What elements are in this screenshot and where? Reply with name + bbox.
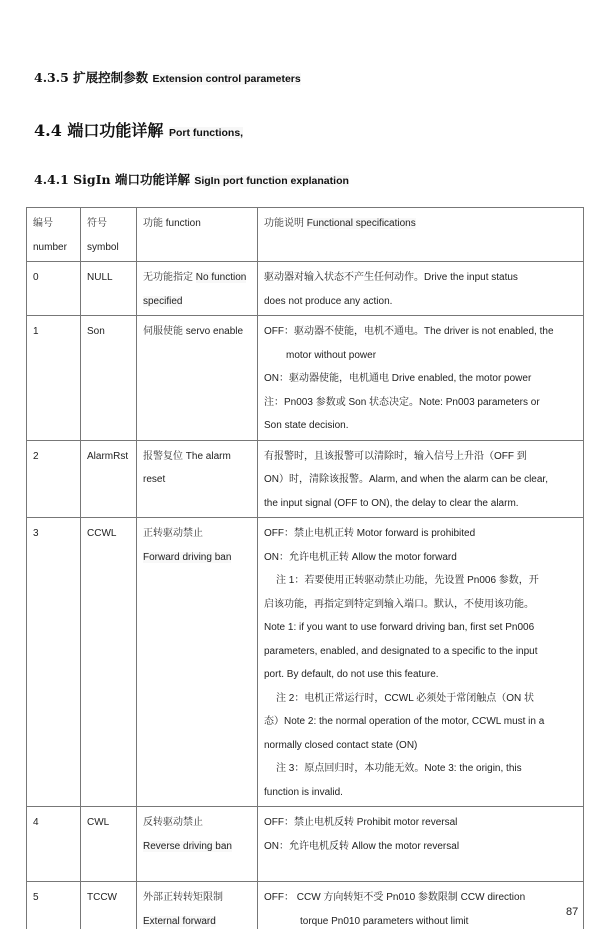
- function-en: Forward driving ban: [143, 552, 231, 563]
- heading-title-en: Port functions,: [169, 127, 243, 139]
- cell-function: 外部正转转矩限制 External forward: [137, 882, 258, 929]
- cell-spec: OFF： CCW 方向转矩不受 Pn010 参数限制 CCW direction…: [258, 882, 584, 929]
- cell-function: 正转驱动禁止 Forward driving ban: [137, 518, 258, 807]
- header-number-cn: 编号: [33, 212, 74, 236]
- header-spec-en: Functional specifications: [307, 218, 416, 229]
- spec-line: ON）时，清除该报警。Alarm, and when the alarm can…: [264, 468, 577, 492]
- header-number-en: number: [33, 236, 74, 260]
- function-cn: 报警复位: [143, 451, 183, 462]
- cell-number: 5: [27, 882, 81, 929]
- spec-line: 态）Note 2: the normal operation of the mo…: [264, 710, 577, 734]
- spec-line: 注 1：若要使用正转驱动禁止功能，先设置 Pn006 参数，开: [264, 569, 577, 593]
- cell-symbol: CWL: [81, 807, 137, 882]
- spec-line: port. By default, do not use this featur…: [264, 663, 577, 687]
- header-symbol-en: symbol: [87, 236, 130, 260]
- table-row: 0 NULL 无功能指定 No function specified 驱动器对输…: [27, 262, 584, 316]
- function-cn: 无功能指定: [143, 272, 193, 283]
- header-spec: 功能说明 Functional specifications: [258, 208, 584, 262]
- cell-spec: 驱动器对输入状态不产生任何动作。Drive the input status d…: [258, 262, 584, 316]
- spec-line: OFF：禁止电机反转 Prohibit motor reversal: [264, 811, 577, 835]
- header-spec-cn: 功能说明: [264, 218, 304, 229]
- page-number: 87: [566, 906, 578, 918]
- cell-function: 无功能指定 No function specified: [137, 262, 258, 316]
- spec-line: 注：Pn003 参数或 Son 状态决定。Note: Pn003 paramet…: [264, 391, 577, 415]
- cell-number: 4: [27, 807, 81, 882]
- heading-4-4: 4.4 端口功能详解 Port functions,: [34, 118, 243, 141]
- table-row: 4 CWL 反转驱动禁止 Reverse driving ban OFF：禁止电…: [27, 807, 584, 882]
- header-number: 编号 number: [27, 208, 81, 262]
- function-cn: 外部正转转矩限制: [143, 886, 251, 910]
- spec-line: motor without power: [264, 344, 577, 368]
- spec-line: OFF： CCW 方向转矩不受 Pn010 参数限制 CCW direction: [264, 886, 577, 910]
- cell-number: 3: [27, 518, 81, 807]
- heading-title-en: SigIn port function explanation: [194, 175, 349, 187]
- heading-title-en: Extension control parameters: [153, 73, 301, 85]
- heading-4-4-1: 4.4.1 SigIn 端口功能详解 SigIn port function e…: [34, 170, 349, 188]
- spec-line: 注 3：原点回归时，本功能无效。Note 3: the origin, this: [264, 757, 577, 781]
- header-function-cn: 功能: [143, 218, 163, 229]
- spec-line: 注 2：电机正常运行时，CCWL 必须处于常闭触点（ON 状: [264, 687, 577, 711]
- heading-title-cn: 4.4 端口功能详解: [34, 121, 163, 140]
- spec-line: parameters, enabled, and designated to a…: [264, 640, 577, 664]
- cell-spec: OFF：禁止电机反转 Prohibit motor reversal ON：允许…: [258, 807, 584, 882]
- spec-line: Note 1: if you want to use forward drivi…: [264, 616, 577, 640]
- header-function: 功能 function: [137, 208, 258, 262]
- spec-line: the input signal (OFF to ON), the delay …: [264, 492, 577, 516]
- spec-line: 启该功能，再指定到特定到输入端口。默认，不使用该功能。: [264, 593, 577, 617]
- cell-function: 报警复位 The alarm reset: [137, 440, 258, 518]
- header-symbol-cn: 符号: [87, 212, 130, 236]
- function-cn: 伺服使能: [143, 326, 183, 337]
- function-en: servo enable: [186, 326, 243, 337]
- function-cn: 反转驱动禁止: [143, 811, 251, 835]
- table-row: 2 AlarmRst 报警复位 The alarm reset 有报警时，且该报…: [27, 440, 584, 518]
- header-symbol: 符号 symbol: [81, 208, 137, 262]
- spec-line: Son state decision.: [264, 414, 577, 438]
- spec-line: OFF：禁止电机正转 Motor forward is prohibited: [264, 522, 577, 546]
- function-en: Reverse driving ban: [143, 841, 232, 852]
- spec-line: does not produce any action.: [264, 290, 577, 314]
- cell-number: 0: [27, 262, 81, 316]
- spec-line: 有报警时，且该报警可以清除时，输入信号上升沿（OFF 到: [264, 445, 577, 469]
- table-header-row: 编号 number 符号 symbol 功能 function 功能说明 Fun…: [27, 208, 584, 262]
- sigin-port-function-table: 编号 number 符号 symbol 功能 function 功能说明 Fun…: [26, 207, 584, 929]
- header-function-en: function: [166, 218, 201, 229]
- spec-line: normally closed contact state (ON): [264, 734, 577, 758]
- heading-title-cn: 4.4.1 SigIn 端口功能详解: [34, 172, 190, 187]
- spec-line: ON：驱动器使能，电机通电 Drive enabled, the motor p…: [264, 367, 577, 391]
- cell-number: 1: [27, 316, 81, 441]
- heading-title-cn: 4.3.5 扩展控制参数: [34, 70, 148, 85]
- cell-function: 伺服使能 servo enable: [137, 316, 258, 441]
- cell-function: 反转驱动禁止 Reverse driving ban: [137, 807, 258, 882]
- cell-symbol: AlarmRst: [81, 440, 137, 518]
- cell-symbol: TCCW: [81, 882, 137, 929]
- spec-line: ON：允许电机反转 Allow the motor reversal: [264, 835, 577, 859]
- cell-symbol: Son: [81, 316, 137, 441]
- spec-line: 驱动器对输入状态不产生任何动作。Drive the input status: [264, 266, 577, 290]
- cell-spec: OFF：驱动器不使能，电机不通电。The driver is not enabl…: [258, 316, 584, 441]
- spec-line: torque Pn010 parameters without limit: [264, 910, 577, 929]
- spec-line: ON：允许电机正转 Allow the motor forward: [264, 546, 577, 570]
- heading-4-3-5: 4.3.5 扩展控制参数 Extension control parameter…: [34, 68, 301, 86]
- spec-line: OFF：驱动器不使能，电机不通电。The driver is not enabl…: [264, 320, 577, 344]
- cell-symbol: CCWL: [81, 518, 137, 807]
- cell-spec: OFF：禁止电机正转 Motor forward is prohibited O…: [258, 518, 584, 807]
- function-en: External forward: [143, 916, 216, 927]
- spec-line: function is invalid.: [264, 781, 577, 805]
- table-row: 5 TCCW 外部正转转矩限制 External forward OFF： CC…: [27, 882, 584, 929]
- function-cn: 正转驱动禁止: [143, 522, 251, 546]
- cell-symbol: NULL: [81, 262, 137, 316]
- table-row: 1 Son 伺服使能 servo enable OFF：驱动器不使能，电机不通电…: [27, 316, 584, 441]
- cell-spec: 有报警时，且该报警可以清除时，输入信号上升沿（OFF 到 ON）时，清除该报警。…: [258, 440, 584, 518]
- table-row: 3 CCWL 正转驱动禁止 Forward driving ban OFF：禁止…: [27, 518, 584, 807]
- cell-number: 2: [27, 440, 81, 518]
